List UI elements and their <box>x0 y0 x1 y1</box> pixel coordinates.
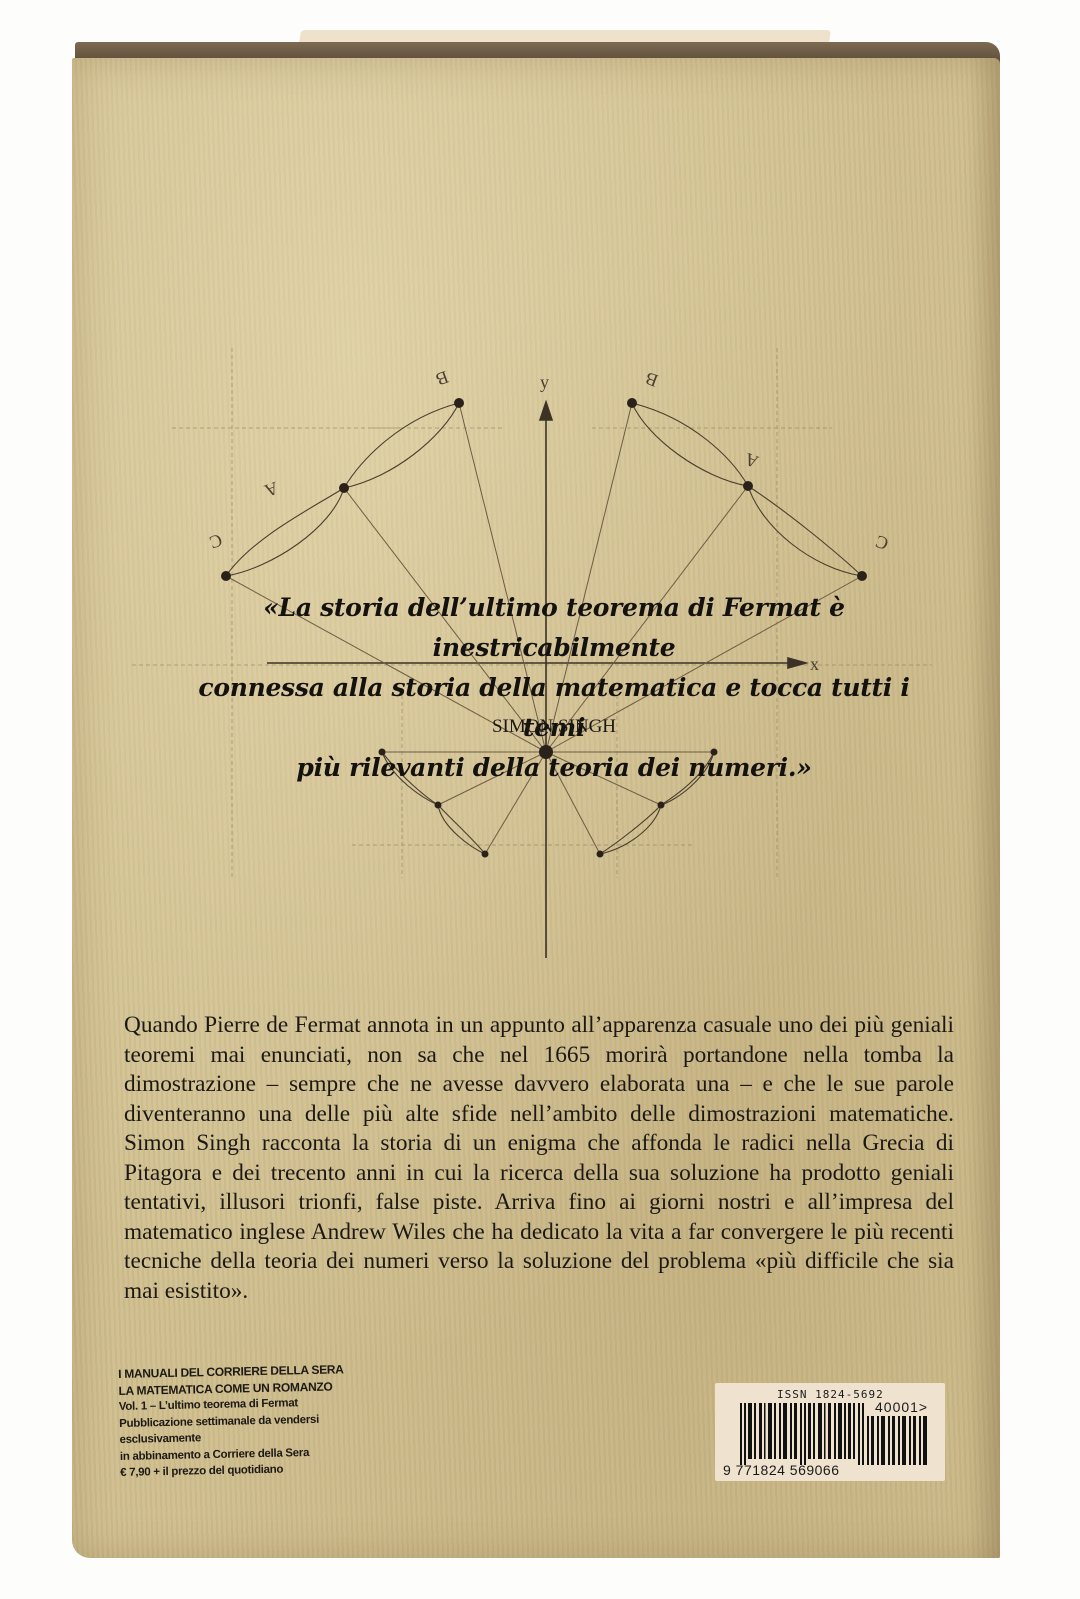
svg-text:B: B <box>642 368 660 391</box>
issn-number: ISSN 1824-5692 <box>777 1388 884 1401</box>
svg-text:C: C <box>873 531 891 554</box>
barcode-icon <box>740 1403 864 1465</box>
svg-text:y: y <box>540 372 549 392</box>
svg-text:A: A <box>262 478 281 501</box>
quote-author: SIMON SINGH <box>164 716 944 738</box>
colophon: I MANUALI DEL CORRIERE DELLA SERA LA MAT… <box>118 1360 400 1481</box>
fermat-diagram-illustration: y x B A C B A C <box>72 58 1000 1558</box>
quote-line-3: più rilevanti della teoria dei numeri.» <box>164 748 944 788</box>
book-back-cover: y x B A C B A C «La storia dell’ultimo t… <box>72 58 1000 1558</box>
quote-line-1: «La storia dell’ultimo teorema di Fermat… <box>164 588 944 668</box>
svg-text:C: C <box>207 530 225 553</box>
barcode-label: ISSN 1824-5692 40001> <box>715 1383 945 1481</box>
ean-number: 9 771824 569066 <box>723 1462 840 1478</box>
svg-text:A: A <box>742 449 761 472</box>
pull-quote: «La storia dell’ultimo teorema di Fermat… <box>164 588 944 788</box>
barcode-addon: 40001> <box>875 1399 928 1415</box>
svg-text:B: B <box>433 367 451 390</box>
book-blurb: Quando Pierre de Fermat annota in un app… <box>124 1011 954 1306</box>
addon-barcode-icon <box>867 1416 929 1465</box>
